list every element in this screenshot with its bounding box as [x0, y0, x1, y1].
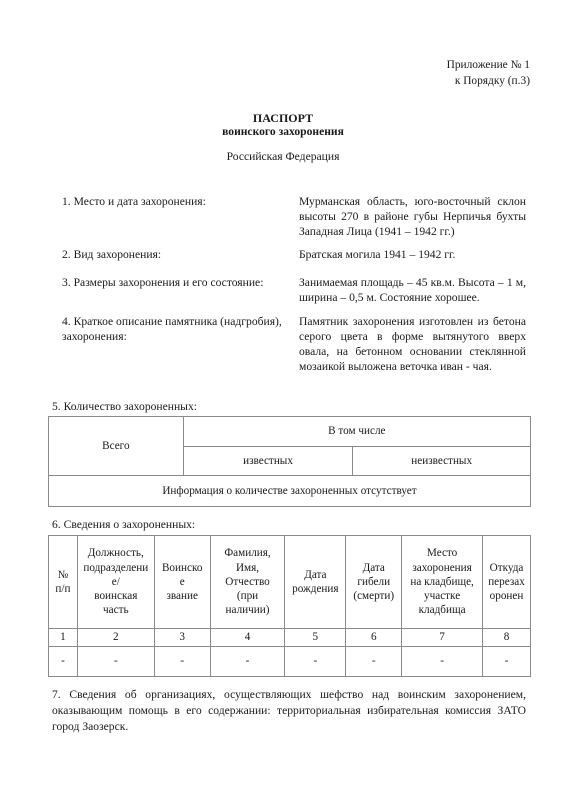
column-header: Местозахороненияна кладбище,участкекладб…	[402, 536, 483, 629]
column-number: 2	[77, 629, 154, 647]
field-label-burial-type: 2. Вид захоронения:	[62, 247, 287, 262]
column-number: 4	[210, 629, 285, 647]
column-number: 3	[154, 629, 210, 647]
appendix-line-1: Приложение № 1	[447, 57, 530, 73]
field-value-dimensions: Занимаемая площадь – 45 кв.м. Высота – 1…	[299, 275, 526, 305]
document-subtitle: воинского захоронения	[0, 125, 566, 138]
column-header: Датарождения	[285, 536, 346, 629]
table-row: --------	[49, 647, 531, 677]
field-label-place-date: 1. Место и дата захоронения:	[62, 194, 287, 209]
column-header: Должность,подразделение/воинскаячасть	[77, 536, 154, 629]
table-cell: -	[346, 647, 402, 677]
table-cell: -	[49, 647, 78, 677]
unknown-header: неизвестных	[353, 447, 531, 476]
section-7-text: 7. Сведения об организациях, осуществляю…	[52, 687, 526, 735]
table-header-row: №п/пДолжность,подразделение/воинскаячаст…	[49, 536, 531, 629]
column-header: Фамилия,Имя,Отчество(приналичии)	[210, 536, 285, 629]
country-name: Российская Федерация	[0, 150, 566, 163]
table-number-row: 12345678	[49, 629, 531, 647]
column-header: Датагибели(смерти)	[346, 536, 402, 629]
including-header: В том числе	[183, 417, 530, 447]
table-cell: -	[402, 647, 483, 677]
column-number: 6	[346, 629, 402, 647]
table-body: --------	[49, 647, 531, 677]
section-6-label: 6. Сведения о захороненных:	[52, 518, 195, 531]
field-label-dimensions: 3. Размеры захоронения и его состояние:	[62, 275, 287, 290]
appendix-note: Приложение № 1 к Порядку (п.3)	[447, 57, 530, 89]
field-value-description: Памятник захоронения изготовлен из бетон…	[299, 314, 526, 374]
column-number: 8	[483, 629, 531, 647]
section-5-label: 5. Количество захороненных:	[52, 400, 197, 413]
document-title: ПАСПОРТ	[0, 111, 566, 126]
known-header: известных	[183, 447, 353, 476]
field-value-burial-type: Братская могила 1941 – 1942 гг.	[299, 247, 526, 262]
field-value-place-date: Мурманская область, юго-восточный склон …	[299, 194, 526, 239]
count-info: Информация о количестве захороненных отс…	[49, 476, 531, 507]
table-cell: -	[210, 647, 285, 677]
column-number: 7	[402, 629, 483, 647]
column-header: №п/п	[49, 536, 78, 629]
table-cell: -	[77, 647, 154, 677]
appendix-line-2: к Порядку (п.3)	[447, 73, 530, 89]
column-number: 5	[285, 629, 346, 647]
buried-persons-table: №п/пДолжность,подразделение/воинскаячаст…	[48, 535, 531, 677]
field-label-description: 4. Краткое описание памятника (надгробия…	[62, 314, 287, 344]
column-header: Откудаперезахоронен	[483, 536, 531, 629]
table-cell: -	[154, 647, 210, 677]
burial-count-table: Всего В том числе известных неизвестных …	[48, 416, 531, 507]
table-cell: -	[285, 647, 346, 677]
total-header: Всего	[49, 417, 184, 476]
table-cell: -	[483, 647, 531, 677]
column-header: Воинскоезвание	[154, 536, 210, 629]
column-number: 1	[49, 629, 78, 647]
